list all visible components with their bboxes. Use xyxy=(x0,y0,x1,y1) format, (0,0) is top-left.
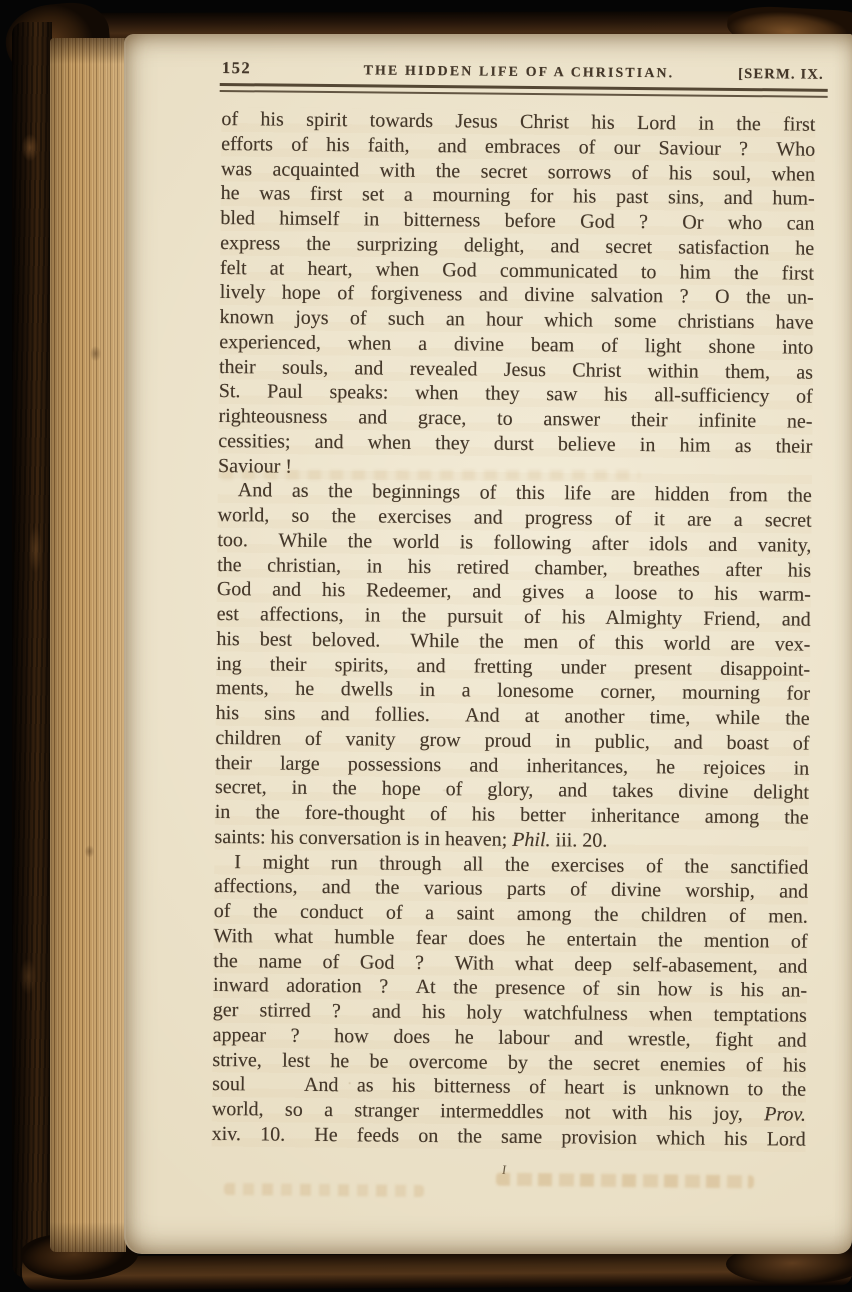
text-block: of his spirit towards Jesus Christ his L… xyxy=(212,107,816,1152)
page-header: 152 THE HIDDEN LIFE OF A CHRISTIAN. [SER… xyxy=(222,58,816,84)
photo-of-book: { "header": { "page_number": "152", "run… xyxy=(0,0,852,1292)
book-cover-bottom-edge xyxy=(22,1251,852,1290)
page-number: 152 xyxy=(222,58,300,79)
book-page: 152 THE HIDDEN LIFE OF A CHRISTIAN. [SER… xyxy=(124,34,852,1254)
running-title: THE HIDDEN LIFE OF A CHRISTIAN. xyxy=(300,62,738,82)
header-double-rule xyxy=(220,83,828,98)
showthrough-smudge xyxy=(220,470,640,480)
paragraph: And as the beginnings of this life are h… xyxy=(214,478,812,855)
printed-content: 152 THE HIDDEN LIFE OF A CHRISTIAN. [SER… xyxy=(212,58,816,1152)
section-label: [SERM. IX. xyxy=(738,66,824,84)
showthrough-smudge xyxy=(224,1183,424,1197)
paragraph: I might run through all the exercises of… xyxy=(212,849,809,1152)
book-spine xyxy=(12,22,52,1278)
text-line: xiv. 10. He feeds on the same provision … xyxy=(212,1122,806,1152)
paragraph: of his spirit towards Jesus Christ his L… xyxy=(218,107,816,484)
page-stack-fore-edge xyxy=(50,38,126,1252)
showthrough-smudge xyxy=(496,1173,754,1189)
